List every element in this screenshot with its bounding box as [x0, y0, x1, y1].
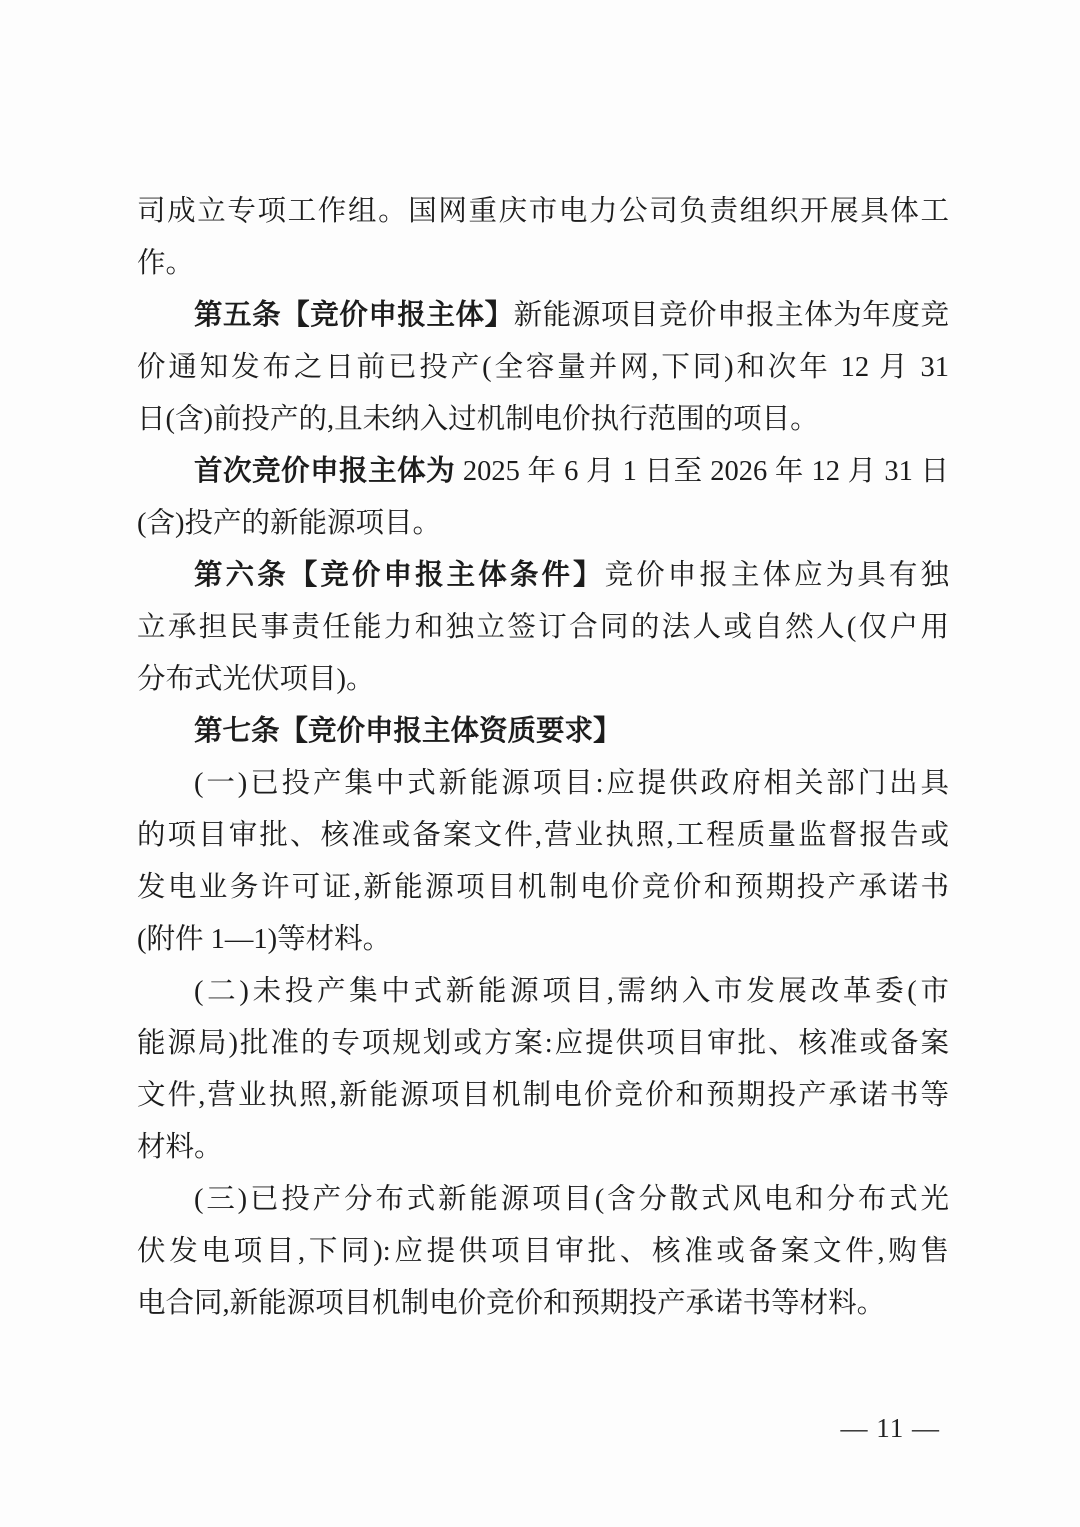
text-line-article-7: 第七条【竞价申报主体资质要求】 — [137, 706, 949, 758]
article-6-heading: 第六条【竞价申报主体条件】 — [194, 560, 605, 591]
text-line-item-2: (二)未投产集中式新能源项目,需纳入市发展改革委(市 — [137, 966, 949, 1018]
text-line: 伏发电项目,下同):应提供项目审批、核准或备案文件,购售 — [137, 1226, 949, 1278]
text-line: 价通知发布之日前已投产(全容量并网,下同)和次年 12 月 31 — [137, 342, 949, 394]
first-bid-lead: 首次竞价申报主体为 — [194, 456, 455, 487]
text-line: 分布式光伏项目)。 — [137, 654, 949, 706]
line-text: 2025 年 6 月 1 日至 2026 年 12 月 31 日 — [455, 456, 949, 487]
text-line-article-6: 第六条【竞价申报主体条件】竞价申报主体应为具有独 — [137, 550, 949, 602]
document-body: 司成立专项工作组。国网重庆市电力公司负责组织开展具体工 作。 第五条【竞价申报主… — [137, 186, 949, 1330]
text-line: (含)投产的新能源项目。 — [137, 498, 949, 550]
text-line: 立承担民事责任能力和独立签订合同的法人或自然人(仅户用 — [137, 602, 949, 654]
text-line-article-5: 第五条【竞价申报主体】新能源项目竞价申报主体为年度竞 — [137, 290, 949, 342]
text-line: 作。 — [137, 238, 949, 290]
text-line: 发电业务许可证,新能源项目机制电价竞价和预期投产承诺书 — [137, 862, 949, 914]
text-line: 能源局)批准的专项规划或方案:应提供项目审批、核准或备案 — [137, 1018, 949, 1070]
text-line: 材料。 — [137, 1122, 949, 1174]
text-line: 日(含)前投产的,且未纳入过机制电价执行范围的项目。 — [137, 394, 949, 446]
text-line: 文件,营业执照,新能源项目机制电价竞价和预期投产承诺书等 — [137, 1070, 949, 1122]
text-line-item-3: (三)已投产分布式新能源项目(含分散式风电和分布式光 — [137, 1174, 949, 1226]
text-line-first-bid: 首次竞价申报主体为 2025 年 6 月 1 日至 2026 年 12 月 31… — [137, 446, 949, 498]
document-page: 司成立专项工作组。国网重庆市电力公司负责组织开展具体工 作。 第五条【竞价申报主… — [0, 0, 1080, 1527]
article-7-heading: 第七条【竞价申报主体资质要求】 — [194, 716, 622, 747]
page-number: — 11 — — [841, 1412, 941, 1444]
line-text: 竞价申报主体应为具有独 — [605, 560, 949, 591]
text-line: 司成立专项工作组。国网重庆市电力公司负责组织开展具体工 — [137, 186, 949, 238]
line-text: 新能源项目竞价申报主体为年度竞 — [514, 300, 949, 331]
text-line: (附件 1—1)等材料。 — [137, 914, 949, 966]
article-5-heading: 第五条【竞价申报主体】 — [194, 300, 514, 331]
text-line: 的项目审批、核准或备案文件,营业执照,工程质量监督报告或 — [137, 810, 949, 862]
text-line: 电合同,新能源项目机制电价竞价和预期投产承诺书等材料。 — [137, 1278, 949, 1330]
text-line-item-1: (一)已投产集中式新能源项目:应提供政府相关部门出具 — [137, 758, 949, 810]
